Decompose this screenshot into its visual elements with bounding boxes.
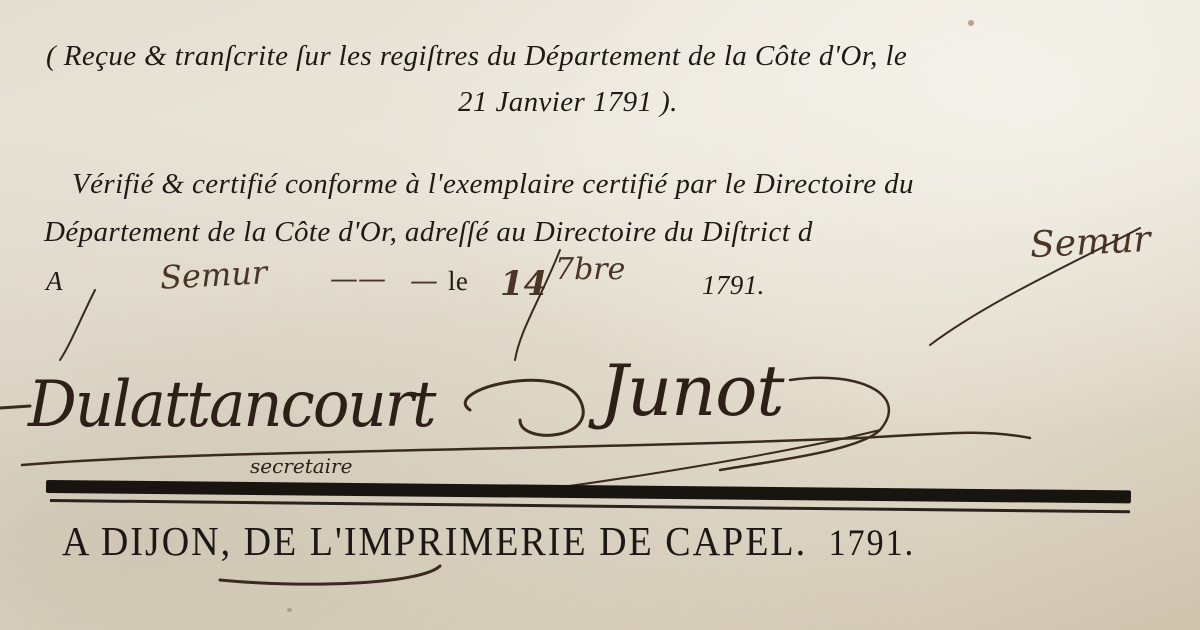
handwritten-dash: — [410, 264, 438, 297]
handwritten-place-name: Semur [159, 253, 268, 297]
registration-note-line-1: ( Reçue & tranſcrite ſur les regiſtres d… [46, 40, 907, 73]
signature-secretaire: secretaire [250, 454, 352, 478]
certification-line-2: Département de la Côte d'Or, adreſſé au … [44, 216, 813, 249]
foxing-spot [968, 20, 974, 26]
handwritten-district-name: Semur [1029, 219, 1151, 266]
certification-line-3-prefix: A [46, 266, 63, 297]
certification-year: 1791. [702, 270, 765, 301]
signature-junot: Junot [600, 350, 784, 432]
handwritten-dash: —— [330, 262, 386, 295]
handwritten-month: 7bre [555, 252, 625, 287]
printer-imprint: A DIJON, DE L'IMPRIMERIE DE CAPEL. 1791. [62, 518, 915, 566]
printer-imprint-text: A DIJON, DE L'IMPRIMERIE DE CAPEL. [62, 519, 807, 564]
foxing-spot [287, 608, 292, 612]
printer-imprint-year: 1791. [829, 524, 916, 564]
handwritten-day: 14 [500, 264, 547, 304]
certification-line-3-le: le [448, 266, 468, 297]
certification-line-1: Vérifié & certifié conforme à l'exemplai… [72, 168, 914, 201]
signature-dulattancourt: Dulattancourt [28, 368, 434, 442]
registration-note-line-2: 21 Janvier 1791 ). [458, 86, 678, 119]
